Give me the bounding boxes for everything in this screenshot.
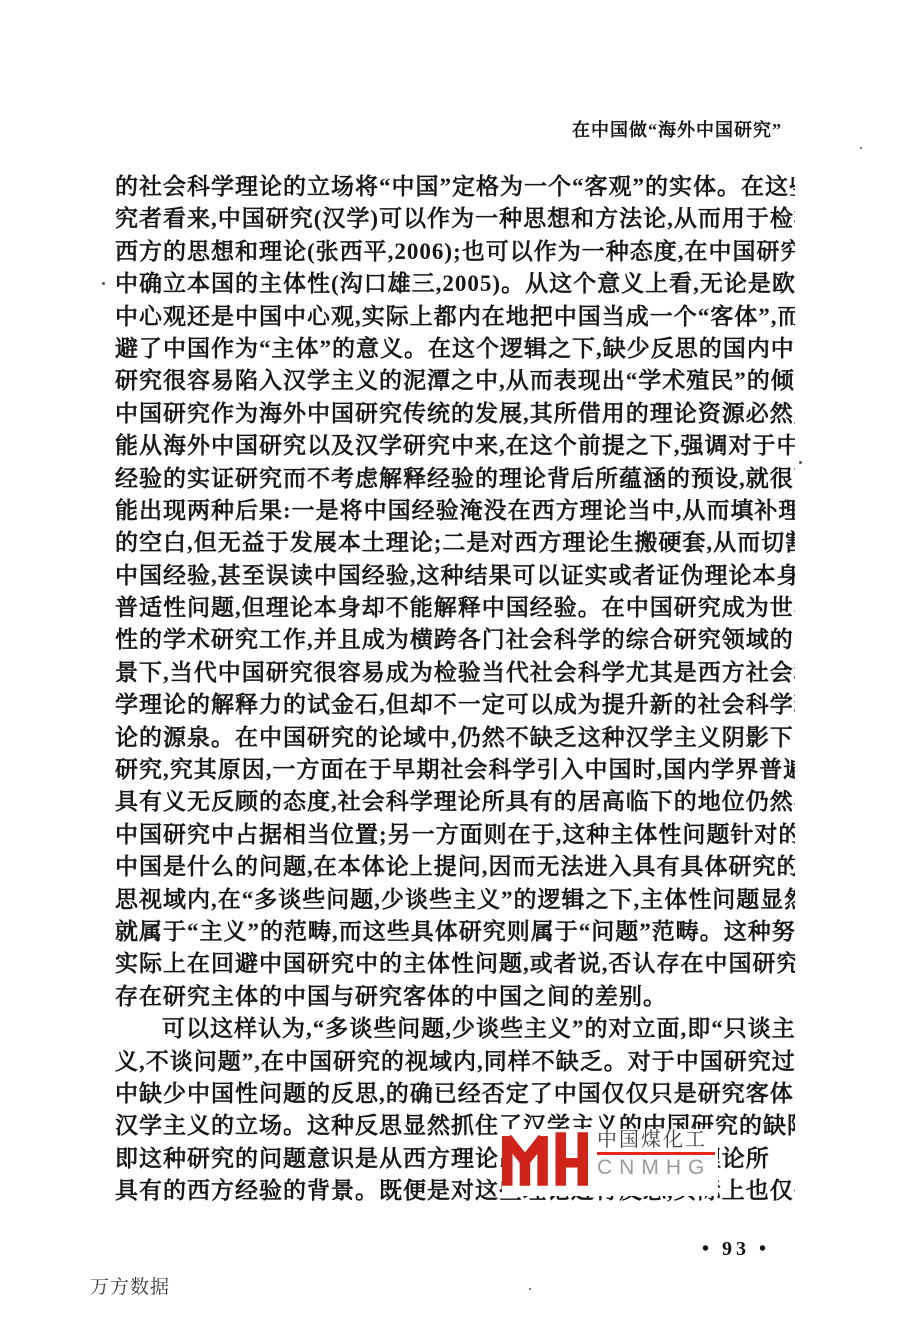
text-line: 中心观还是中国中心观,实际上都内在地把中国当成一个“客体”,而回 <box>115 301 795 333</box>
text-line: 的空白,但无益于发展本土理论;二是对西方理论生搬硬套,从而切割 <box>115 527 795 559</box>
text-line: 避了中国作为“主体”的意义。在这个逻辑之下,缺少反思的国内中国 <box>115 333 795 365</box>
text-line: 中国研究中占据相当位置;另一方面则在于,这种主体性问题针对的是 <box>115 819 795 851</box>
text-line: 究者看来,中国研究(汉学)可以作为一种思想和方法论,从而用于检视 <box>115 203 795 235</box>
text-line: 义,不谈问题”,在中国研究的视域内,同样不缺乏。对于中国研究过程 <box>115 1046 795 1078</box>
text-line: 研究很容易陷入汉学主义的泥潭之中,从而表现出“学术殖民”的倾向。 <box>115 365 795 397</box>
text-line: 思视域内,在“多谈些问题,少谈些主义”的逻辑之下,主体性问题显然 <box>115 884 795 916</box>
cnmhg-logo-icon <box>502 1132 588 1186</box>
text-line: 能出现两种后果:一是将中国经验淹没在西方理论当中,从而填补理论 <box>115 495 795 527</box>
text-line: 普适性问题,但理论本身却不能解释中国经验。在中国研究成为世界 <box>115 592 795 624</box>
text-line: 论的源泉。在中国研究的论域中,仍然不缺乏这种汉学主义阴影下的 <box>115 722 795 754</box>
watermark-company-name: 中国煤化工 <box>597 1129 707 1151</box>
text-line: 就属于“主义”的范畴,而这些具体研究则属于“问题”范畴。这种努力, <box>115 916 795 948</box>
text-line: 中国经验,甚至误读中国经验,这种结果可以证实或者证伪理论本身的 <box>115 560 795 592</box>
scan-speck <box>860 147 862 149</box>
page-number: • 93 • <box>702 1238 770 1261</box>
scan-speck <box>102 282 105 285</box>
text-line: 可以这样认为,“多谈些问题,少谈些主义”的对立面,即“只谈主 <box>115 1013 795 1045</box>
text-line: 景下,当代中国研究很容易成为检验当代社会科学尤其是西方社会科 <box>115 657 795 689</box>
text-line: 西方的思想和理论(张西平,2006);也可以作为一种态度,在中国研究 <box>115 236 795 268</box>
text-line: 的社会科学理论的立场将“中国”定格为一个“客观”的实体。在这些研 <box>115 171 795 203</box>
text-line: 学理论的解释力的试金石,但却不一定可以成为提升新的社会科学理 <box>115 689 795 721</box>
watermark: 中国煤化工 CNMHG <box>502 1129 718 1196</box>
text-line: 存在研究主体的中国与研究客体的中国之间的差别。 <box>115 981 795 1013</box>
text-line: 中国研究作为海外中国研究传统的发展,其所借用的理论资源必然只 <box>115 398 795 430</box>
text-line: 中缺少中国性问题的反思,的确已经否定了中国仅仅只是研究客体的 <box>115 1078 795 1110</box>
scan-speck <box>799 461 802 464</box>
text-line: 中确立本国的主体性(沟口雄三,2005)。从这个意义上看,无论是欧美 <box>115 268 795 300</box>
text-line: 具有义无反顾的态度,社会科学理论所具有的居高临下的地位仍然在 <box>115 786 795 818</box>
watermark-underline <box>597 1152 715 1155</box>
text-line: 实际上在回避中国研究中的主体性问题,或者说,否认存在中国研究中 <box>115 948 795 980</box>
text-line: 性的学术研究工作,并且成为横跨各门社会科学的综合研究领域的背 <box>115 624 795 656</box>
text-line: 中国是什么的问题,在本体论上提问,因而无法进入具有具体研究的反 <box>115 851 795 883</box>
text-line: 研究,究其原因,一方面在于早期社会科学引入中国时,国内学界普遍 <box>115 754 795 786</box>
wanfang-data-brand: 万方数据 <box>90 1272 170 1299</box>
text-line: 经验的实证研究而不考虑解释经验的理论背后所蕴涵的预设,就很可 <box>115 463 795 495</box>
text-line: 能从海外中国研究以及汉学研究中来,在这个前提之下,强调对于中国 <box>115 430 795 462</box>
scan-speck <box>529 1288 531 1290</box>
running-header: 在中国做“海外中国研究” <box>572 116 782 142</box>
watermark-company-code: CNMHG <box>597 1156 711 1179</box>
body-text: 的社会科学理论的立场将“中国”定格为一个“客观”的实体。在这些研究者看来,中国研… <box>115 171 795 1208</box>
document-page: 在中国做“海外中国研究” 的社会科学理论的立场将“中国”定格为一个“客观”的实体… <box>0 0 904 1320</box>
